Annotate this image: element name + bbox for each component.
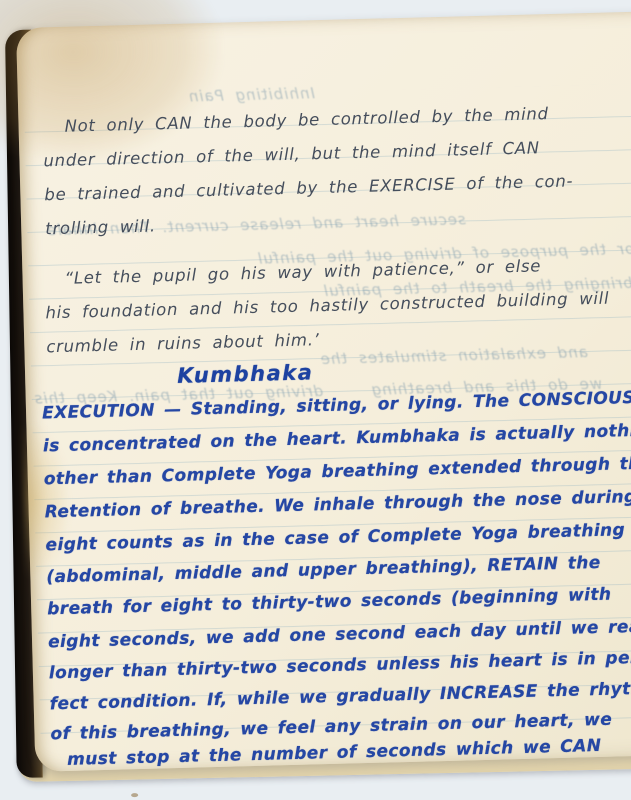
bleedthrough-fragment: Inhibiting Pain — [188, 84, 315, 105]
stain-top-left — [0, 0, 225, 165]
notebook-photo: Inhibiting Pain secure heart and release… — [0, 0, 631, 800]
section-heading: Kumbhaka — [177, 360, 314, 388]
notebook-page: Inhibiting Pain secure heart and release… — [16, 11, 631, 772]
handwritten-line: trolling will. — [45, 216, 156, 238]
stain-bottom-dot — [131, 793, 138, 797]
